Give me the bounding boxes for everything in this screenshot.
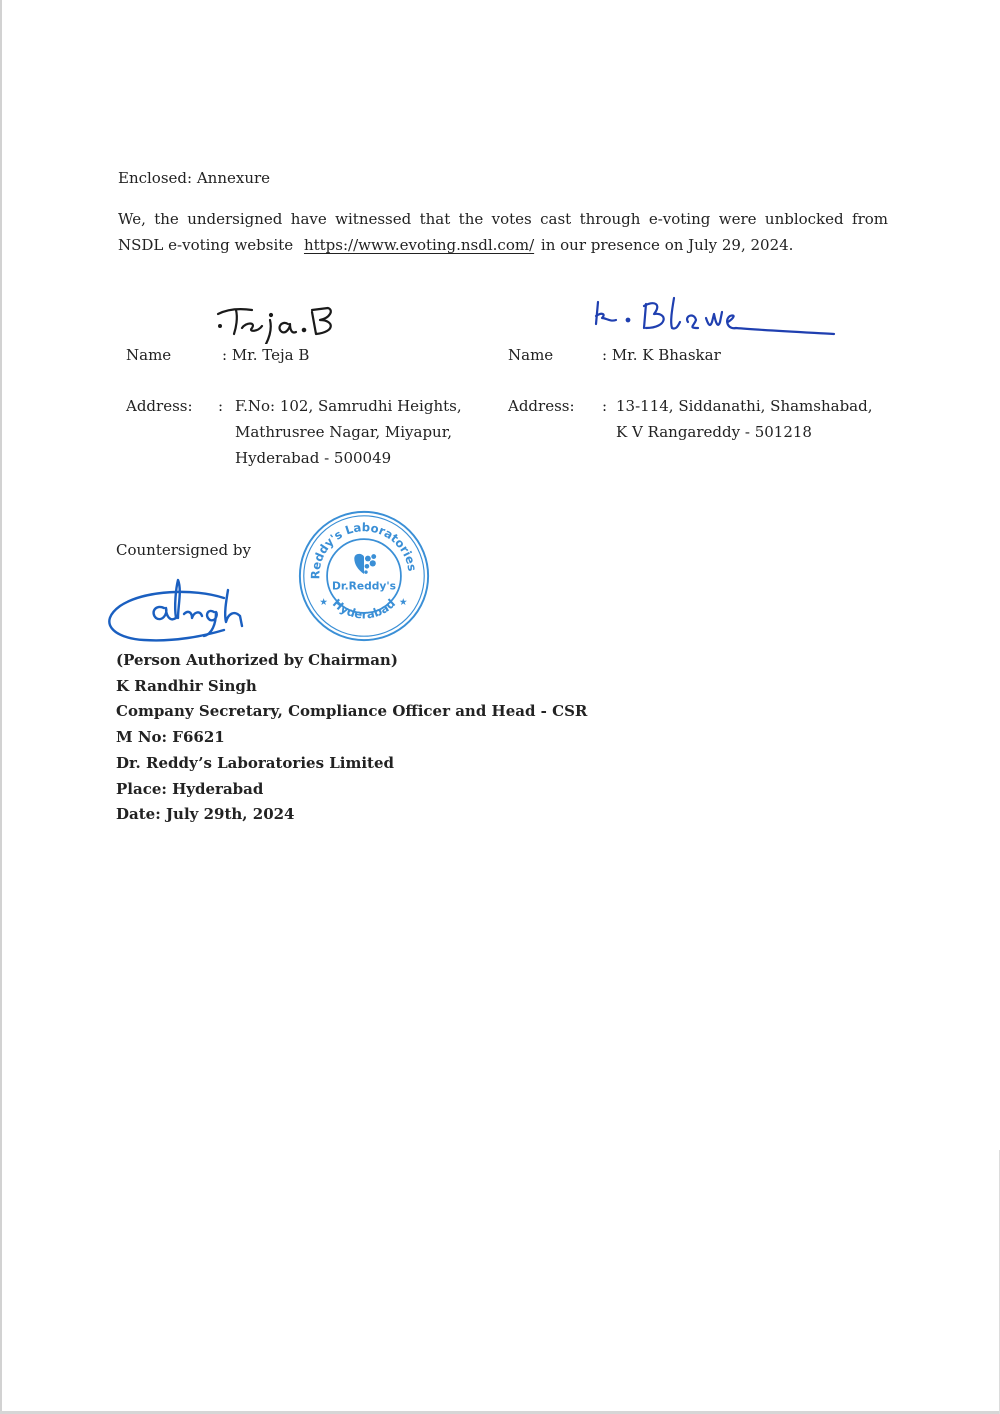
enclosed-annexure-note: Enclosed: Annexure [118, 165, 270, 191]
address-label-1: Address: [126, 393, 193, 419]
signatory-date: Date: July 29th, 2024 [116, 802, 587, 828]
address-line-2-2: K V Rangareddy - 501218 [616, 419, 812, 445]
signatory-designation: Company Secretary, Compliance Officer an… [116, 699, 587, 725]
signatory-block: (Person Authorized by Chairman) K Randhi… [116, 648, 587, 828]
witness-statement-date: in our presence on July 29, 2024. [541, 236, 794, 254]
signature-teja-b [212, 300, 342, 344]
name-label-1: Name [126, 342, 171, 368]
svg-text:Hyderabad: Hyderabad [330, 596, 398, 621]
signature-k-randhir-singh [104, 576, 264, 646]
signature-k-bhaskar [588, 294, 838, 346]
name-value-2: : Mr. K Bhaskar [602, 342, 721, 368]
signatory-name: K Randhir Singh [116, 674, 587, 700]
svg-text:Dr. Reddy's Laboratories Ltd.: Dr. Reddy's Laboratories Ltd. [296, 508, 420, 579]
address-line-1-3: Hyderabad - 500049 [235, 445, 391, 471]
name-value-1: : Mr. Teja B [222, 342, 309, 368]
name-label-2: Name [508, 342, 553, 368]
stamp-star-right: ★ [399, 597, 408, 608]
address-label-2: Address: [508, 393, 575, 419]
signatory-membership-no: M No: F6621 [116, 725, 587, 751]
signatory-company: Dr. Reddy’s Laboratories Limited [116, 751, 587, 777]
address-line-1-1: F.No: 102, Samrudhi Heights, [235, 393, 462, 419]
company-seal-stamp: Dr. Reddy's Laboratories Ltd. Hyderabad … [296, 508, 432, 644]
address-sep-2: : [602, 393, 607, 419]
address-line-2-1: 13-114, Siddanathi, Shamshabad, [616, 393, 873, 419]
dr-reddys-heart-logo-icon [354, 554, 376, 574]
witness-statement: We, the undersigned have witnessed that … [118, 206, 888, 258]
address-sep-1: : [218, 393, 223, 419]
signatory-role-note: (Person Authorized by Chairman) [116, 648, 587, 674]
page-edge-left [0, 0, 2, 1414]
signatory-place: Place: Hyderabad [116, 777, 587, 803]
stamp-center-text: Dr.Reddy's [332, 580, 396, 593]
evoting-website-link[interactable]: https://www.evoting.nsdl.com/ [304, 236, 534, 254]
stamp-outer-text-top: Dr. Reddy's Laboratories Ltd. [296, 508, 420, 579]
stamp-star-left: ★ [319, 597, 328, 608]
countersigned-label: Countersigned by [116, 537, 251, 563]
stamp-outer-text-bottom: Hyderabad [330, 596, 398, 621]
address-line-1-2: Mathrusree Nagar, Miyapur, [235, 419, 452, 445]
